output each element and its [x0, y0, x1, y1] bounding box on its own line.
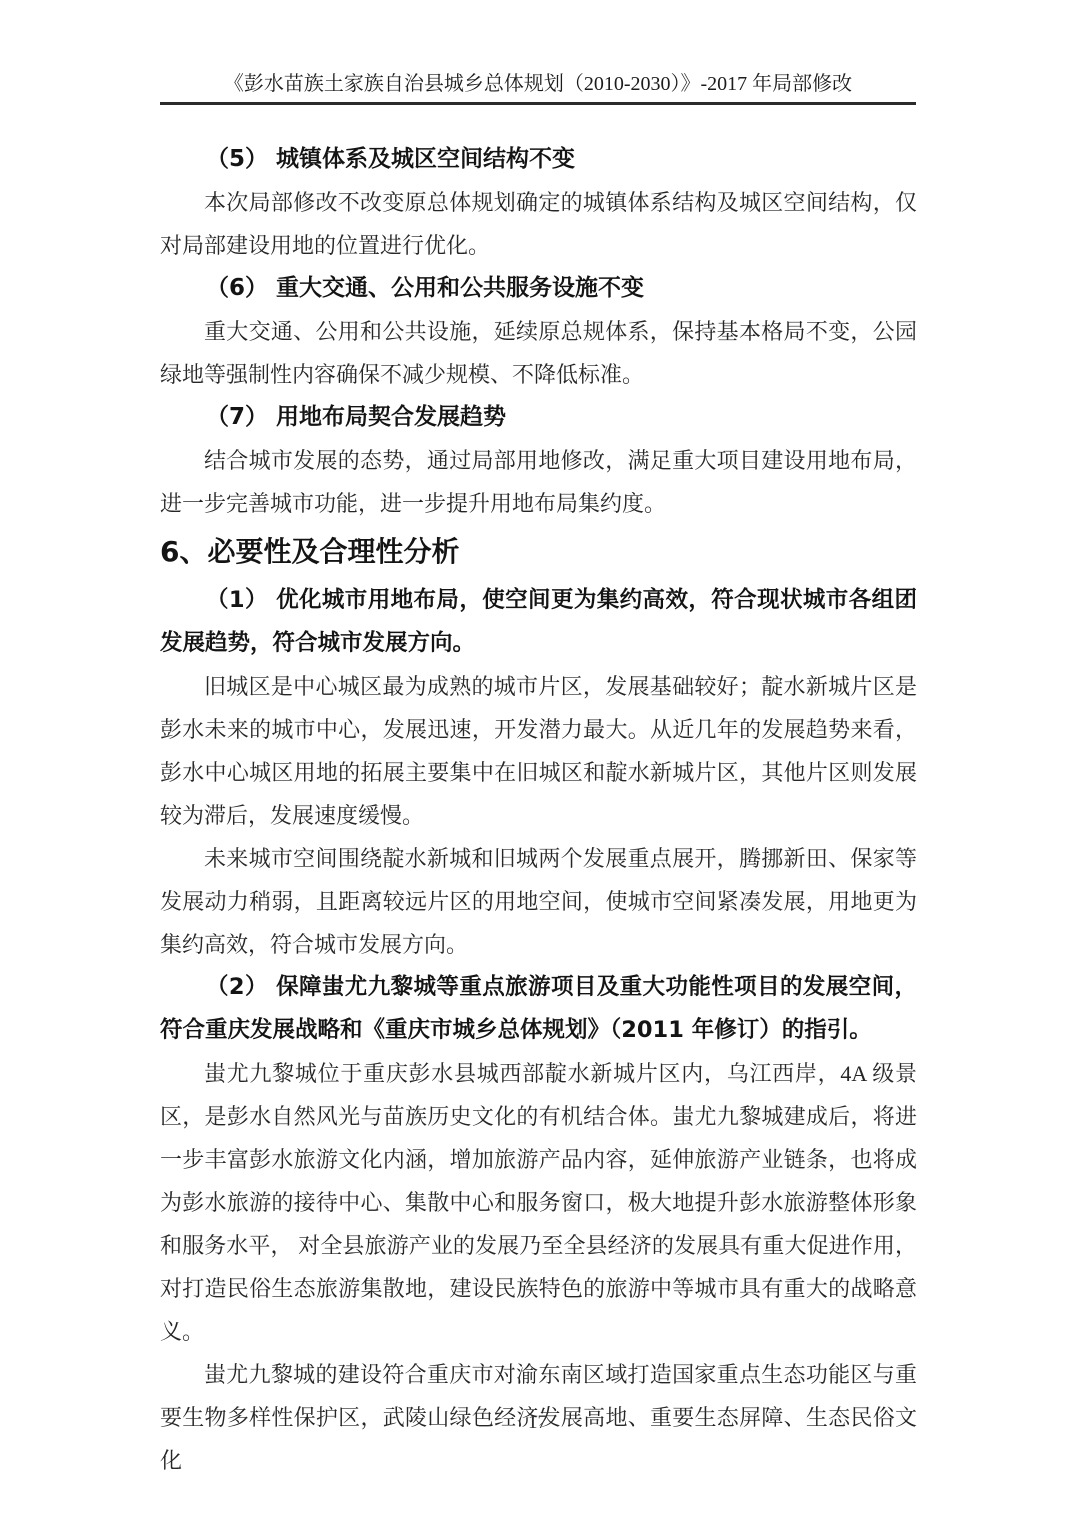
paragraph: 重大交通、公用和公共设施，延续原总规体系，保持基本格局不变，公园绿地等强制性内容…	[160, 310, 917, 396]
document-body: （5） 城镇体系及城区空间结构不变 本次局部修改不改变原总体规划确定的城镇体系结…	[160, 138, 917, 1482]
paragraph: 结合城市发展的态势，通过局部用地修改，满足重大项目建设用地布局，进一步完善城市功…	[160, 439, 917, 525]
document-page: 《彭水苗族土家族自治县城乡总体规划（2010-2030）》-2017 年局部修改…	[0, 0, 1075, 1520]
paragraph: 未来城市空间围绕靛水新城和旧城两个发展重点展开，腾挪新田、保家等发展动力稍弱，且…	[160, 837, 917, 966]
paragraph: 本次局部修改不改变原总体规划确定的城镇体系结构及城区空间结构，仅对局部建设用地的…	[160, 181, 917, 267]
paragraph: 蚩尤九黎城位于重庆彭水县城西部靛水新城片区内，乌江西岸，4A 级景区，是彭水自然…	[160, 1052, 917, 1353]
page-number: 17	[528, 1412, 547, 1433]
page-footer: 17	[0, 1412, 1075, 1434]
bold-subsection-paragraph-1: （1） 优化城市用地布局，使空间更为集约高效，符合现状城市各组团发展趋势，符合城…	[160, 579, 917, 665]
subsection-heading-5: （5） 城镇体系及城区空间结构不变	[160, 138, 917, 181]
subsection-heading-7: （7） 用地布局契合发展趋势	[160, 396, 917, 439]
running-header-title: 《彭水苗族土家族自治县城乡总体规划（2010-2030）》-2017 年局部修改	[160, 72, 916, 97]
chapter-heading-6: 6、必要性及合理性分析	[160, 525, 917, 579]
paragraph: 旧城区是中心城区最为成熟的城市片区，发展基础较好；靛水新城片区是彭水未来的城市中…	[160, 665, 917, 837]
bold-subsection-paragraph-2: （2） 保障蚩尤九黎城等重点旅游项目及重大功能性项目的发展空间，符合重庆发展战略…	[160, 966, 917, 1052]
subsection-heading-6: （6） 重大交通、公用和公共服务设施不变	[160, 267, 917, 310]
page-header: 《彭水苗族土家族自治县城乡总体规划（2010-2030）》-2017 年局部修改	[160, 0, 916, 105]
